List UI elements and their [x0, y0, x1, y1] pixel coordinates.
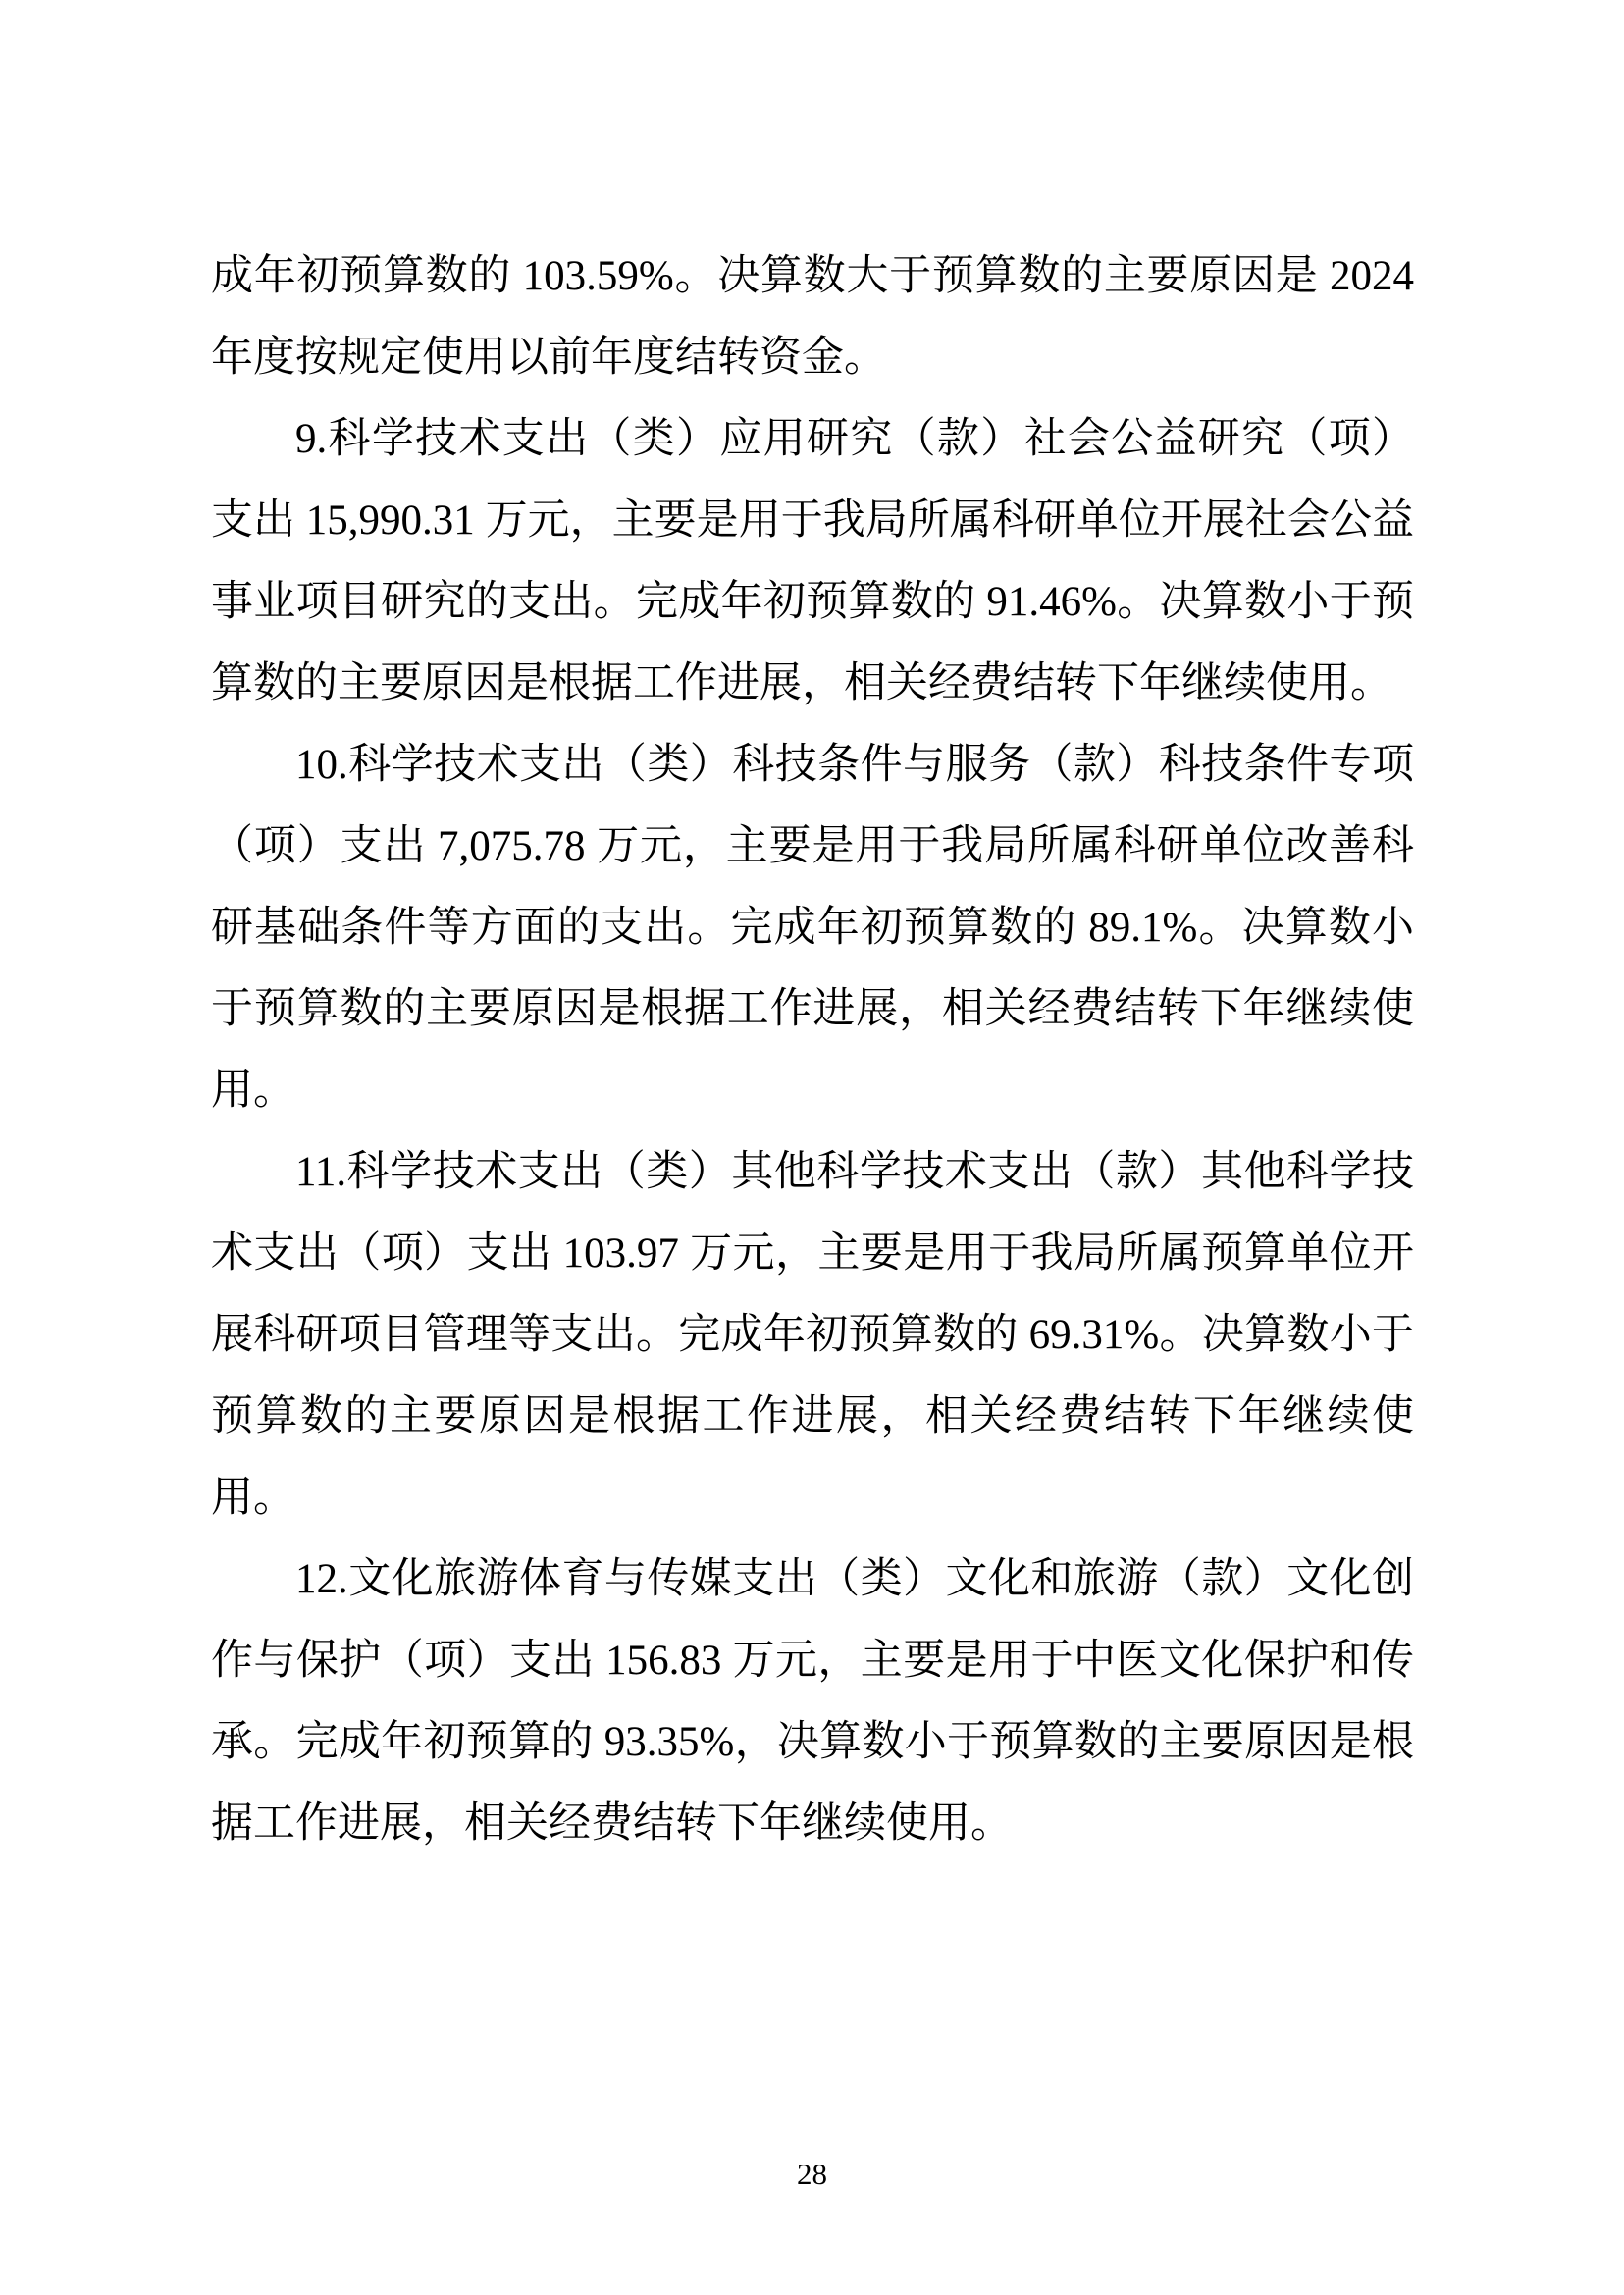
paragraph-continuation: 成年初预算数的 103.59%。决算数大于预算数的主要原因是 2024 年度按规… [211, 235, 1414, 398]
paragraph-item-10: 10.科学技术支出（类）科技条件与服务（款）科技条件专项（项）支出 7,075.… [211, 724, 1414, 1131]
body-text: 成年初预算数的 103.59%。决算数大于预算数的主要原因是 2024 年度按规… [211, 235, 1414, 1864]
page-number: 28 [0, 2155, 1624, 2194]
document-page: 成年初预算数的 103.59%。决算数大于预算数的主要原因是 2024 年度按规… [0, 0, 1624, 2295]
paragraph-item-11: 11.科学技术支出（类）其他科学技术支出（款）其他科学技术支出（项）支出 103… [211, 1131, 1414, 1539]
paragraph-item-9: 9.科学技术支出（类）应用研究（款）社会公益研究（项）支出 15,990.31 … [211, 398, 1414, 724]
paragraph-item-12: 12.文化旅游体育与传媒支出（类）文化和旅游（款）文化创作与保护（项）支出 15… [211, 1539, 1414, 1864]
